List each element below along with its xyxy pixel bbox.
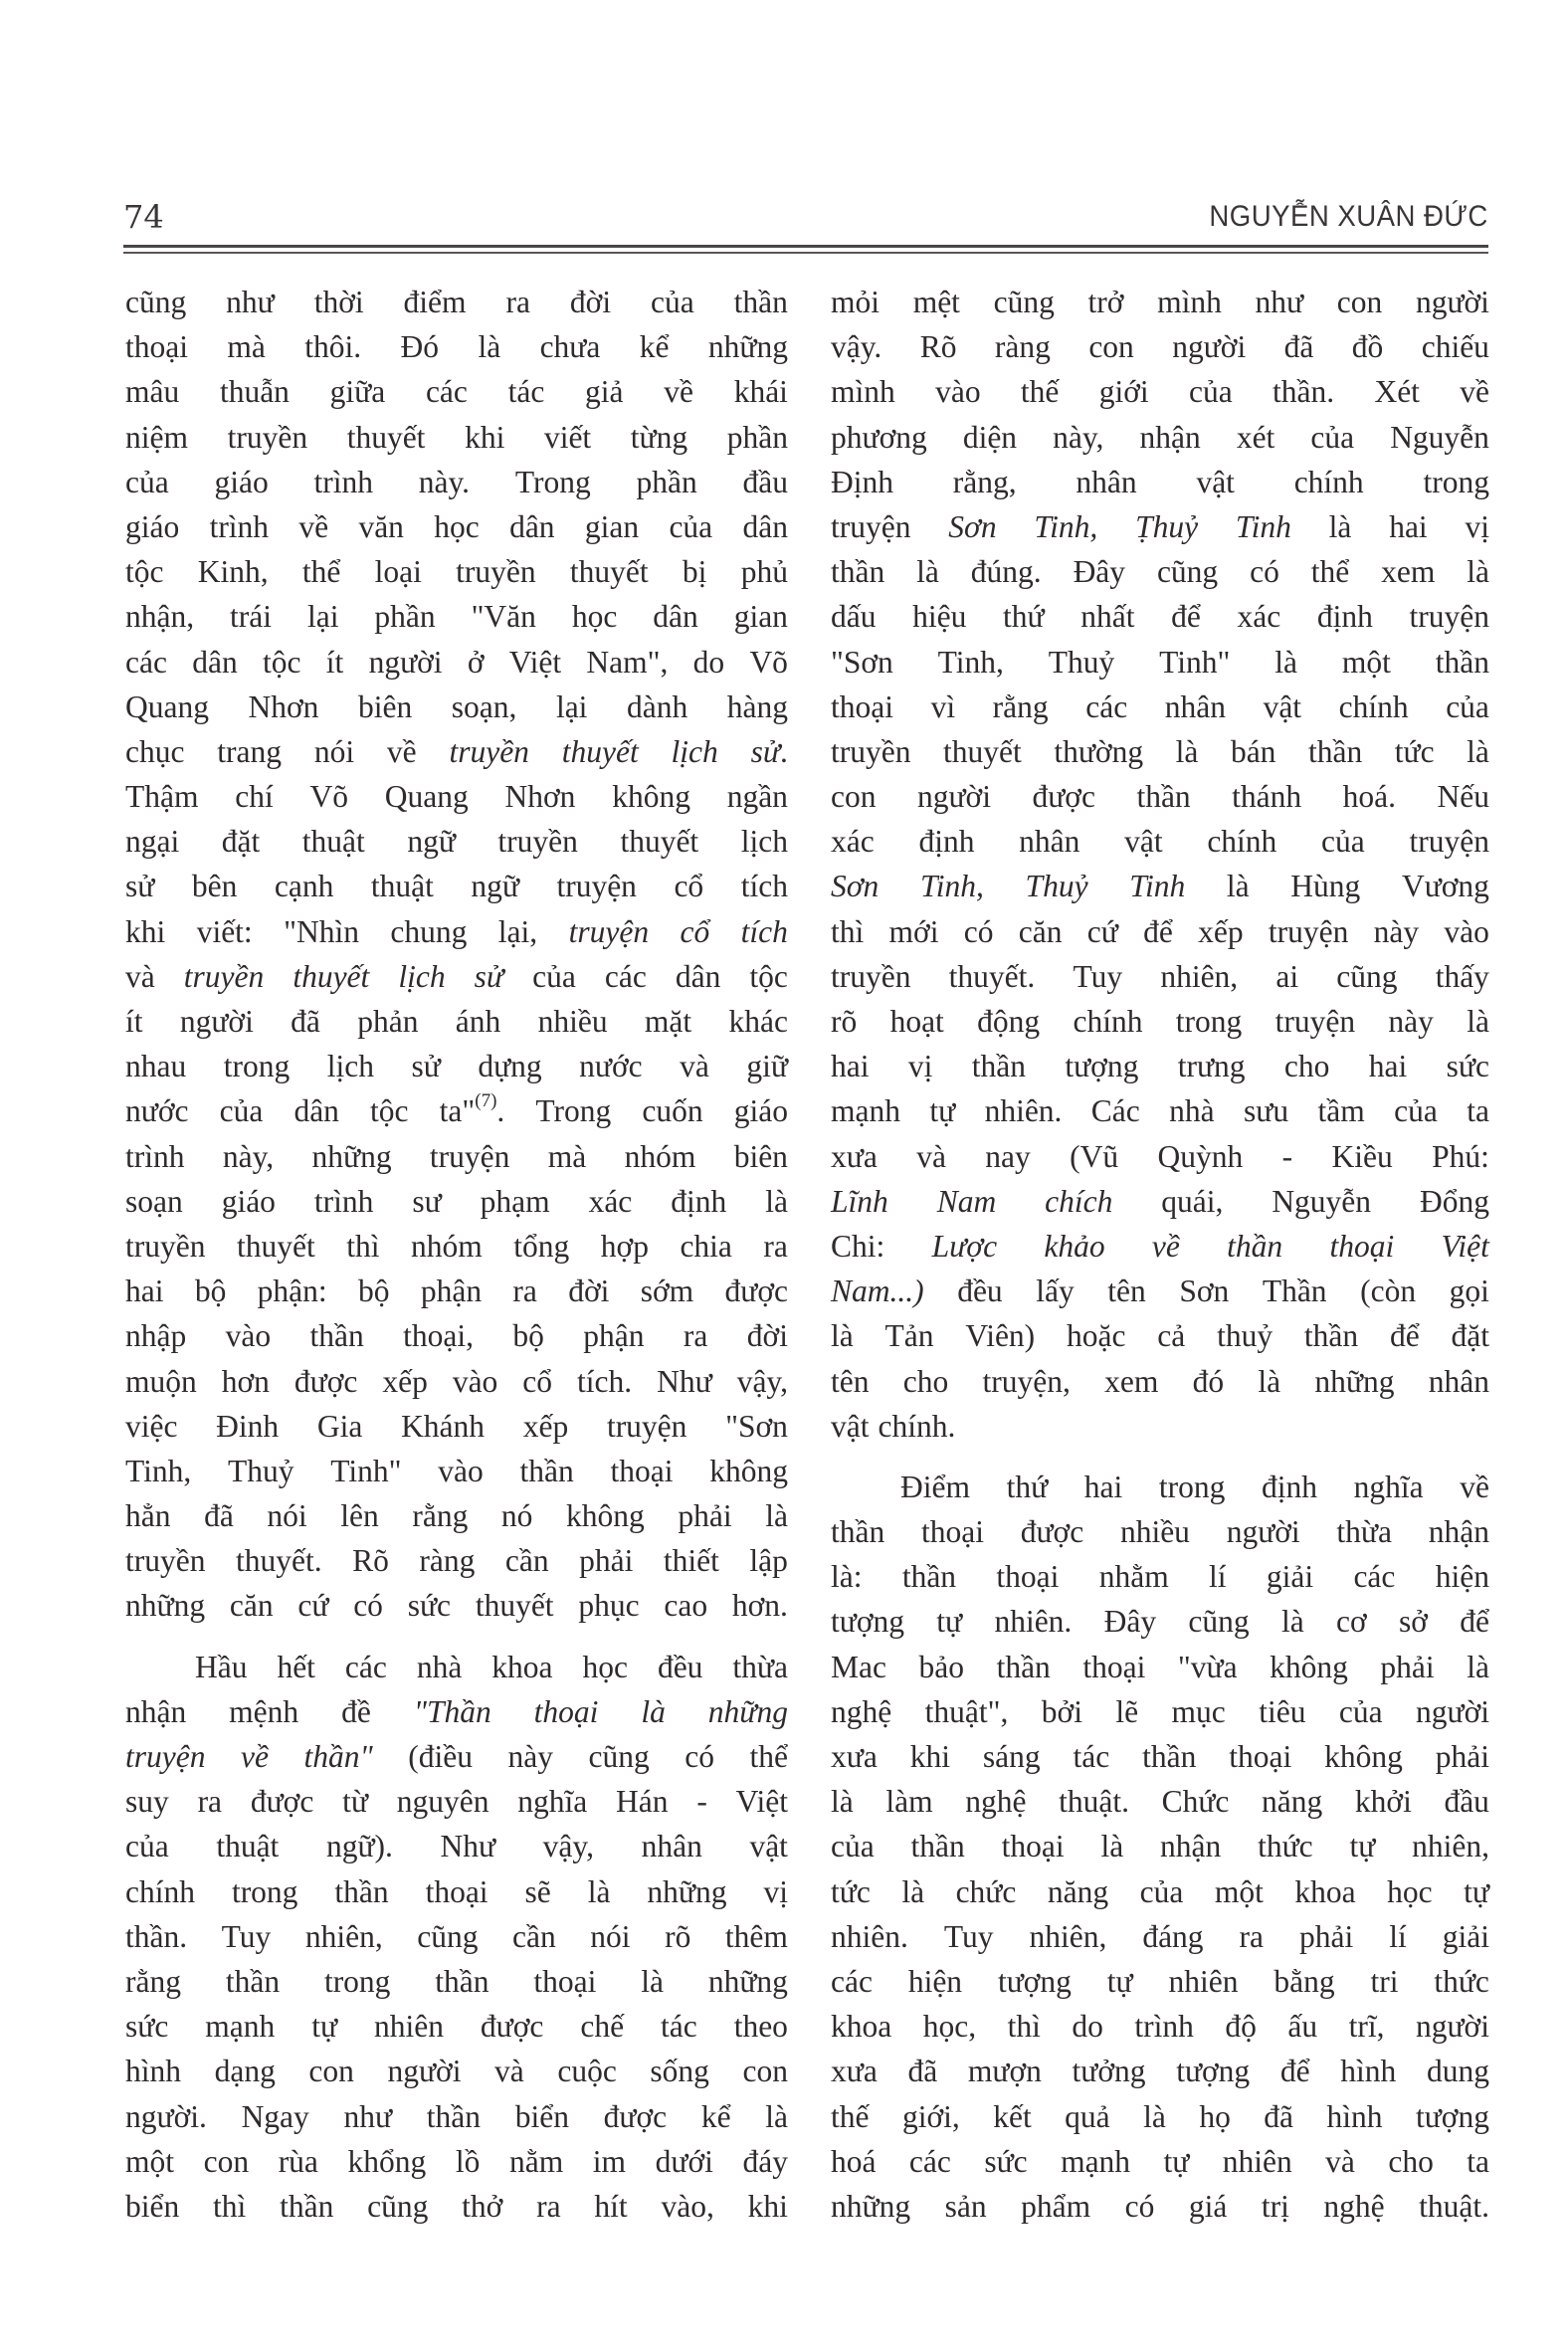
word: quả bbox=[1065, 2094, 1109, 2139]
word: cổ bbox=[522, 1359, 552, 1404]
word: cho bbox=[1388, 2139, 1433, 2184]
word: ra bbox=[512, 1269, 536, 1313]
word: quái, bbox=[1161, 1179, 1223, 1224]
word: tộc bbox=[263, 640, 300, 685]
word: Đổng bbox=[1420, 1179, 1489, 1224]
word: cứ bbox=[1087, 909, 1118, 954]
word: là bbox=[1143, 2094, 1166, 2139]
word: tầm bbox=[1317, 1088, 1364, 1133]
word: sức bbox=[1447, 1044, 1489, 1088]
word: mà bbox=[227, 324, 265, 369]
word: người bbox=[180, 999, 254, 1044]
word: Nhơn bbox=[249, 685, 319, 729]
word: lại bbox=[307, 594, 339, 639]
word: truyền bbox=[125, 1224, 205, 1269]
word: Chức bbox=[1162, 1779, 1230, 1824]
word: con bbox=[831, 774, 876, 819]
word: đề bbox=[341, 1689, 371, 1734]
word: tự bbox=[1107, 1959, 1133, 2004]
word: truyện bbox=[831, 504, 910, 549]
word: vào bbox=[453, 1359, 497, 1404]
word: những bbox=[125, 1583, 205, 1628]
text-line: khiviết:"Nhìnchunglại,truyệncổtích bbox=[125, 909, 788, 954]
text-line: nhận,tráilạiphần"Vănhọcdângian bbox=[125, 594, 788, 639]
word: tích. bbox=[577, 1359, 632, 1404]
text-line: QuangNhơnbiênsoạn,lạidànhhàng bbox=[125, 685, 788, 729]
text-line: giáotrìnhvềvănhọcdângiancủadân bbox=[125, 504, 788, 549]
word: đó bbox=[1193, 1359, 1225, 1404]
word: một bbox=[1342, 640, 1391, 685]
word: phải bbox=[579, 1538, 633, 1583]
word: truyền bbox=[228, 415, 307, 460]
text-line: thần.Tuynhiên,cũngcầnnóirõthêm bbox=[125, 1914, 788, 1959]
word: những bbox=[312, 1134, 392, 1179]
word: các bbox=[1085, 685, 1127, 729]
word: vị bbox=[763, 1869, 788, 1914]
text-line: truyềnthuyết.Tuynhiên,aicũngthấy bbox=[831, 954, 1489, 999]
text-line: thìmớicócăncứđểxếptruyệnnàyvào bbox=[831, 909, 1489, 954]
word: truyền bbox=[184, 954, 264, 999]
word: căn bbox=[230, 1583, 274, 1628]
word: ai bbox=[1275, 954, 1298, 999]
word: thần bbox=[226, 1959, 280, 2004]
word: thể bbox=[1311, 549, 1349, 594]
word: lịch bbox=[741, 819, 788, 864]
word: dung bbox=[1427, 2049, 1489, 2093]
text-line: thoạivìrằngcácnhânvậtchínhcủa bbox=[831, 685, 1489, 729]
word: trong bbox=[232, 1869, 298, 1914]
text-line: là:thầnthoạinhằmlígiảicáchiện bbox=[831, 1554, 1489, 1599]
word: mạnh bbox=[831, 1088, 900, 1133]
word: cho bbox=[1284, 1044, 1329, 1088]
word: tiêu bbox=[1259, 1689, 1305, 1734]
word: định bbox=[671, 1179, 726, 1224]
word: cơ bbox=[1336, 1599, 1367, 1644]
word: trong bbox=[1423, 460, 1489, 504]
word: tộc bbox=[749, 954, 787, 999]
word: sản bbox=[945, 2184, 987, 2229]
word: thuỷ bbox=[1217, 1313, 1273, 1358]
word: khái bbox=[734, 369, 788, 414]
word: ánh bbox=[456, 999, 500, 1044]
word: Tinh bbox=[1236, 504, 1291, 549]
word: sử bbox=[125, 864, 154, 908]
word: bởi bbox=[1042, 1689, 1082, 1734]
word: truyền bbox=[456, 549, 535, 594]
word: hình bbox=[125, 2049, 181, 2093]
word: "Thần bbox=[414, 1689, 491, 1734]
word: giữa bbox=[330, 369, 386, 414]
word: nhân bbox=[1076, 460, 1136, 504]
word: học bbox=[1387, 1869, 1432, 1914]
word: trình bbox=[125, 1134, 185, 1179]
word: viết: bbox=[197, 909, 253, 954]
word: có bbox=[1125, 2184, 1155, 2229]
word: tượng bbox=[1416, 2094, 1489, 2139]
word: của bbox=[1321, 819, 1365, 864]
word: giới bbox=[1099, 369, 1149, 414]
word: tự bbox=[1464, 1869, 1489, 1914]
word: tộc bbox=[125, 549, 163, 594]
word: nhiên bbox=[1223, 2139, 1292, 2184]
word: năng bbox=[1048, 1869, 1108, 1914]
word: thuật. bbox=[1419, 2184, 1489, 2229]
text-line: nhautronglịchsửdựngnướcvàgiữ bbox=[125, 1044, 788, 1088]
word: học bbox=[572, 594, 617, 639]
word: thoại bbox=[534, 1689, 599, 1734]
word: thuyết bbox=[562, 729, 639, 774]
word: cổ bbox=[674, 864, 703, 908]
word: vật bbox=[1196, 460, 1234, 504]
word: và bbox=[1325, 2139, 1355, 2184]
word: và bbox=[680, 1044, 709, 1088]
word: Kinh, bbox=[198, 549, 269, 594]
word: nhiều bbox=[538, 999, 608, 1044]
word: hai bbox=[125, 1269, 163, 1313]
word: người bbox=[369, 640, 443, 685]
word: Trong bbox=[535, 1088, 611, 1133]
word: thần bbox=[911, 1824, 965, 1868]
word: được bbox=[1032, 774, 1094, 819]
word: mạnh bbox=[1061, 2139, 1130, 2184]
word: xưa bbox=[831, 2049, 878, 2093]
word: Nam", bbox=[586, 640, 668, 685]
word: truyền bbox=[831, 729, 910, 774]
word: sưu bbox=[1244, 1088, 1288, 1133]
word: Tinh" bbox=[1159, 640, 1230, 685]
word: thần. bbox=[125, 1914, 187, 1959]
word: sáng bbox=[983, 1734, 1041, 1779]
word: là bbox=[1467, 1645, 1489, 1689]
word: là: bbox=[831, 1554, 863, 1599]
word: đều bbox=[957, 1269, 1002, 1313]
word: truyền bbox=[497, 819, 577, 864]
text-line: nhậpvàothầnthoại,bộphậnrađời bbox=[125, 1313, 788, 1358]
word: thuyết bbox=[620, 819, 698, 864]
text-line: xưavànay(VũQuỳnh-KiềuPhú: bbox=[831, 1134, 1489, 1179]
word: thần bbox=[1308, 729, 1362, 774]
text-line: vậy.Rõràngconngườiđãđồchiếu bbox=[831, 324, 1489, 369]
word: đồ bbox=[1352, 324, 1384, 369]
word: đời bbox=[747, 1313, 788, 1358]
word: chính bbox=[1207, 819, 1276, 864]
word: trưng bbox=[1178, 1044, 1246, 1088]
word: thần bbox=[1227, 1224, 1282, 1269]
text-line: cũngnhưthờiđiểmrađờicủathần bbox=[125, 280, 788, 324]
word: mới bbox=[889, 909, 939, 954]
word: trang bbox=[217, 729, 282, 774]
word: trong bbox=[1159, 1465, 1226, 1509]
word: Việt bbox=[736, 1779, 788, 1824]
word: ra bbox=[763, 1224, 787, 1269]
word: này bbox=[1374, 909, 1419, 954]
text-line: Chi:LượckhảovềthầnthoạiViệt bbox=[831, 1224, 1489, 1269]
word: về bbox=[664, 369, 693, 414]
word: phận bbox=[421, 1269, 482, 1313]
word: không bbox=[1324, 1734, 1403, 1779]
word: vị bbox=[908, 1044, 933, 1088]
word: cần bbox=[512, 1914, 556, 1959]
text-line: muộnhơnđượcxếpvàocổtích.Nhưvậy, bbox=[125, 1359, 788, 1404]
word: hai bbox=[831, 1044, 869, 1088]
word: Gia bbox=[317, 1404, 362, 1449]
word: tự bbox=[936, 1599, 962, 1644]
text-line: tượngtựnhiên.Đâycũnglàcơsởđể bbox=[831, 1599, 1489, 1644]
word: sở bbox=[1399, 1599, 1428, 1644]
text-line: nhậnmệnhđề"Thầnthoạilànhững bbox=[125, 1689, 788, 1734]
header-double-rule bbox=[123, 245, 1488, 254]
word: khi bbox=[465, 415, 504, 460]
word: tộc bbox=[370, 1088, 408, 1133]
word: hiệu bbox=[912, 594, 966, 639]
word: "Văn bbox=[472, 594, 536, 639]
word: con bbox=[204, 2139, 249, 2184]
word: giới, bbox=[902, 2094, 960, 2139]
word: thuật", bbox=[925, 1689, 1009, 1734]
word: vậy. bbox=[831, 324, 882, 369]
word: tượng bbox=[998, 1959, 1072, 2004]
word: tưởng bbox=[1073, 2049, 1146, 2093]
text-line: nghệthuật",bởilẽmụctiêucủangười bbox=[831, 1689, 1489, 1734]
word: hoặc bbox=[1067, 1313, 1125, 1358]
word: Tuy bbox=[222, 1914, 272, 1959]
word: khi bbox=[910, 1734, 950, 1779]
word: thể bbox=[749, 1734, 787, 1779]
word: cũng bbox=[994, 280, 1055, 324]
word: phương bbox=[831, 415, 927, 460]
word: chích bbox=[1045, 1179, 1112, 1224]
word: vào, bbox=[661, 2184, 713, 2229]
word: đã bbox=[204, 1493, 234, 1538]
word: bộ bbox=[358, 1269, 390, 1313]
text-line: phươngdiệnnày,nhậnxétcủaNguyễn bbox=[831, 415, 1489, 460]
word: hoạt bbox=[890, 999, 944, 1044]
word: không bbox=[1270, 1645, 1348, 1689]
word: tác bbox=[508, 369, 545, 414]
word: thoại, bbox=[403, 1313, 474, 1358]
text-line: rằngthầntrongthầnthoạilànhững bbox=[125, 1959, 788, 2004]
word: Rõ bbox=[920, 324, 957, 369]
word: xem bbox=[1381, 549, 1435, 594]
word: thần bbox=[1436, 640, 1489, 685]
word: là bbox=[1281, 1599, 1304, 1644]
word: (điều bbox=[408, 1734, 473, 1779]
text-line: thếgiới,kếtquảlàhọđãhìnhtượng bbox=[831, 2094, 1489, 2139]
word: Trong bbox=[515, 460, 591, 504]
word: gian bbox=[585, 504, 639, 549]
word: vào bbox=[935, 369, 980, 414]
word: nhiều bbox=[1120, 1509, 1190, 1554]
word: nhận, bbox=[125, 594, 194, 639]
word: nhân bbox=[1165, 685, 1226, 729]
word: nhằm bbox=[1099, 1554, 1169, 1599]
word: là bbox=[1274, 640, 1297, 685]
word: của bbox=[125, 1824, 169, 1868]
word: đặt bbox=[1451, 1313, 1488, 1358]
word: dưới bbox=[656, 2139, 713, 2184]
text-line: truyệnvềthần"(điềunàycũngcóthể bbox=[125, 1734, 788, 1779]
word: xưa bbox=[831, 1134, 878, 1179]
word: được bbox=[1021, 1509, 1083, 1554]
word: - bbox=[1282, 1134, 1293, 1179]
word: hẳn bbox=[125, 1493, 170, 1538]
word: thánh bbox=[1232, 774, 1301, 819]
word: vật bbox=[831, 1404, 869, 1449]
word: mặt bbox=[645, 999, 691, 1044]
text-line: người.Ngaynhưthầnbiểnđượckểlà bbox=[125, 2094, 788, 2139]
word: ra bbox=[198, 1779, 222, 1824]
word: thức bbox=[1258, 1824, 1313, 1868]
text-line: mỏimệtcũngtrởmìnhnhưconngười bbox=[831, 280, 1489, 324]
word: Định bbox=[831, 460, 893, 504]
word: thừa bbox=[732, 1645, 788, 1689]
word: của bbox=[1394, 1088, 1438, 1133]
text-line: haibộphận:bộphậnrađờisớmđược bbox=[125, 1269, 788, 1313]
word: khi bbox=[125, 909, 165, 954]
word: biên bbox=[358, 685, 412, 729]
word: thoại bbox=[921, 1509, 984, 1554]
word: ta"(7). bbox=[440, 1088, 505, 1133]
word: nhiên bbox=[374, 2004, 444, 2049]
word: đáy bbox=[742, 2139, 787, 2184]
word: đã bbox=[1264, 2094, 1293, 2139]
word: cũng bbox=[417, 1914, 478, 1959]
word: làm bbox=[885, 1779, 932, 1824]
text-line: ngạiđặtthuậtngữtruyềnthuyếtlịch bbox=[125, 819, 788, 864]
word: Võ bbox=[749, 640, 788, 685]
word: tác bbox=[1074, 1734, 1110, 1779]
word: bên bbox=[192, 864, 237, 908]
word: Thần bbox=[1263, 1269, 1327, 1313]
word: phải bbox=[1380, 1645, 1434, 1689]
text-line: xácđịnhnhânvậtchínhcủatruyện bbox=[831, 819, 1489, 864]
text-line: haivịthầntượngtrưngchohaisức bbox=[831, 1044, 1489, 1088]
word: giáo bbox=[222, 1179, 276, 1224]
word: là bbox=[831, 1779, 854, 1824]
word: Mac bbox=[831, 1645, 886, 1689]
word: phải bbox=[1299, 1914, 1353, 1959]
word: muộn bbox=[125, 1359, 197, 1404]
word: mà bbox=[548, 1134, 586, 1179]
word: tự bbox=[1163, 2139, 1189, 2184]
word: thuyết bbox=[476, 1583, 554, 1628]
word: để bbox=[1390, 1313, 1420, 1358]
word: Tuy bbox=[944, 1914, 994, 1959]
word: lí bbox=[1209, 1554, 1227, 1599]
word: giáo bbox=[734, 1088, 788, 1133]
word: chế bbox=[580, 2004, 624, 2049]
word: này, bbox=[223, 1134, 274, 1179]
word: để bbox=[1280, 2049, 1310, 2093]
word: phục bbox=[578, 1583, 639, 1628]
word: như bbox=[344, 2094, 393, 2139]
word: những bbox=[708, 324, 788, 369]
text-line: thầnthoạiđượcnhiềungườithừanhận bbox=[831, 1509, 1489, 1554]
word: Khánh bbox=[401, 1404, 485, 1449]
word: Vương bbox=[1402, 864, 1489, 908]
word: thời bbox=[314, 280, 364, 324]
text-line: conngườiđượcthầnthánhhoá.Nếu bbox=[831, 774, 1489, 819]
word: của bbox=[1446, 685, 1489, 729]
word: này bbox=[1388, 999, 1433, 1044]
word: thuyết bbox=[237, 1224, 315, 1269]
word: Tinh" bbox=[330, 1449, 401, 1493]
word: Hầu bbox=[195, 1645, 247, 1689]
word: có bbox=[685, 1734, 714, 1779]
word: tượng bbox=[831, 1599, 904, 1644]
word: là bbox=[588, 1869, 611, 1914]
text-line: làTảnViên)hoặccảthuỷthầnđểđặt bbox=[831, 1313, 1489, 1358]
word: người bbox=[917, 774, 991, 819]
word: thoại bbox=[1002, 1824, 1065, 1868]
word: lập bbox=[749, 1538, 787, 1583]
word: nhận bbox=[1160, 1824, 1221, 1868]
text-line: Hầuhếtcácnhàkhoahọcđềuthừa bbox=[125, 1645, 788, 1689]
word: và bbox=[494, 2049, 524, 2093]
word: thần. bbox=[1273, 369, 1334, 414]
word: ngữ). bbox=[326, 1824, 393, 1868]
word: rằng, bbox=[953, 460, 1017, 504]
word: thì bbox=[346, 1224, 379, 1269]
word: ít bbox=[326, 640, 344, 685]
word: truyện bbox=[607, 1404, 686, 1449]
word: Lược bbox=[932, 1224, 998, 1269]
word: chính bbox=[1294, 460, 1364, 504]
word: Tinh, bbox=[938, 640, 1004, 685]
text-line: suyrađượctừnguyênnghĩaHán-Việt bbox=[125, 1779, 788, 1824]
word: có bbox=[964, 909, 994, 954]
word: khoa bbox=[491, 1645, 552, 1689]
text-line: trìnhnày,nhữngtruyệnmànhómbiên bbox=[125, 1134, 788, 1179]
word: khoa bbox=[831, 2004, 891, 2049]
word: và bbox=[125, 954, 155, 999]
left-column: cũngnhưthờiđiểmrađờicủathầnthoạimàthôi.Đ… bbox=[125, 280, 788, 2229]
word: nhân bbox=[642, 1824, 702, 1868]
word: phải bbox=[1436, 1734, 1489, 1779]
word: là bbox=[916, 549, 939, 594]
word: vào bbox=[1444, 909, 1488, 954]
word: mệt bbox=[913, 280, 960, 324]
word: xác bbox=[1237, 594, 1280, 639]
word: chia bbox=[680, 1224, 731, 1269]
word: người bbox=[1227, 1509, 1300, 1554]
word: sức bbox=[408, 1583, 451, 1628]
word: tên bbox=[1107, 1269, 1145, 1313]
word: Nam bbox=[937, 1179, 997, 1224]
word: soạn, bbox=[452, 685, 517, 729]
text-line: nhữngsảnphẩmcógiátrịnghệthuật. bbox=[831, 2184, 1489, 2229]
word: là bbox=[765, 1179, 788, 1224]
word: để bbox=[1143, 909, 1173, 954]
word: "vừa bbox=[1178, 1645, 1238, 1689]
word: Kiều bbox=[1332, 1134, 1393, 1179]
word: là bbox=[641, 1689, 666, 1734]
word: thuyết bbox=[943, 729, 1022, 774]
word: truyện bbox=[1409, 594, 1488, 639]
word: được bbox=[725, 1269, 788, 1313]
word: phần bbox=[374, 594, 435, 639]
text-line: "SơnTinh,ThuỷTinh"làmộtthần bbox=[831, 640, 1489, 685]
word: người bbox=[1172, 324, 1246, 369]
text-line: LĩnhNamchíchquái,NguyễnĐổng bbox=[831, 1179, 1489, 1224]
word: hết bbox=[277, 1645, 314, 1689]
word: chung bbox=[390, 909, 467, 954]
word: nguyên bbox=[397, 1779, 490, 1824]
word: sức bbox=[984, 2139, 1027, 2184]
word: truyện bbox=[556, 864, 636, 908]
word: khởi bbox=[1355, 1779, 1412, 1824]
word: truyền bbox=[449, 729, 528, 774]
